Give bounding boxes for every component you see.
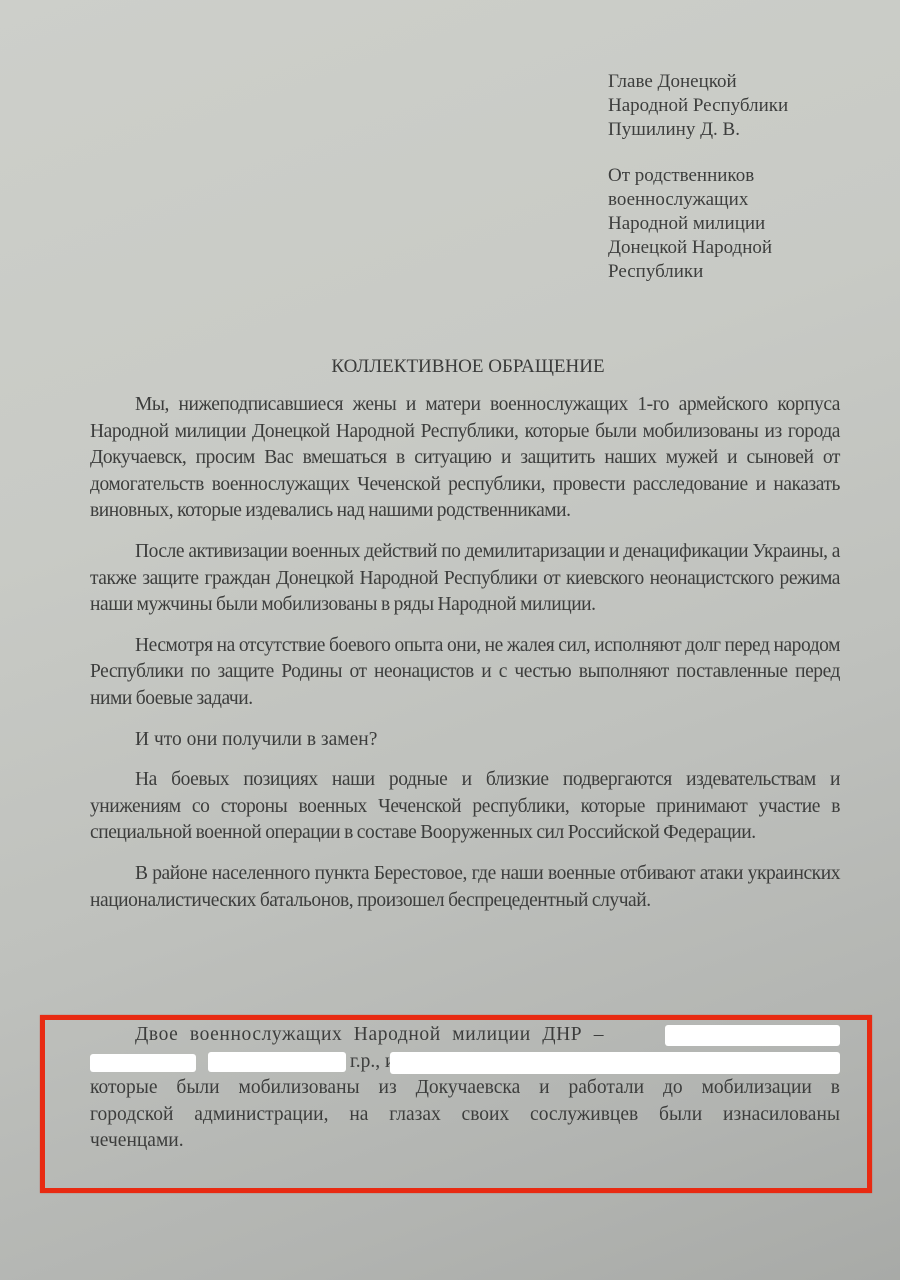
spacer	[608, 142, 788, 164]
highlighted-line: Двое военнослужащих Народной милиции ДНР…	[90, 1022, 840, 1049]
redaction-mark	[208, 1052, 346, 1072]
highlighted-paragraph: Двое военнослужащих Народной милиции ДНР…	[90, 1022, 840, 1155]
sender-line: военнослужащих	[608, 188, 788, 212]
redaction-mark	[90, 1054, 196, 1072]
redaction-mark	[665, 1025, 840, 1046]
highlighted-line: которые были мобилизованы из Докучаевска…	[90, 1075, 840, 1102]
paragraph: После активизации военных действий по де…	[90, 539, 840, 619]
addressee-line: Главе Донецкой	[608, 70, 788, 94]
paragraph: На боевых позициях наши родные и близкие…	[90, 767, 840, 847]
highlighted-text: г.р., и	[350, 1049, 395, 1076]
paragraph: В районе населенного пункта Берестовое, …	[90, 861, 840, 914]
paragraph: Несмотря на отсутствие боевого опыта они…	[90, 633, 840, 713]
document-body: Мы, нижеподписавшиеся жены и матери воен…	[90, 392, 840, 928]
addressee-line: Пушилину Д. В.	[608, 118, 788, 142]
sender-line: Донецкой Народной	[608, 236, 788, 260]
sender-line: От родственников	[608, 164, 788, 188]
addressee-line: Народной Республики	[608, 94, 788, 118]
document-title: КОЛЛЕКТИВНОЕ ОБРАЩЕНИЕ	[0, 356, 900, 378]
document-page: Главе Донецкой Народной Республики Пушил…	[0, 0, 900, 1280]
paragraph: Мы, нижеподписавшиеся жены и матери воен…	[90, 392, 840, 525]
sender-line: Республики	[608, 260, 788, 284]
highlighted-text: Двое военнослужащих Народной милиции ДНР…	[135, 1022, 604, 1049]
addressee-block: Главе Донецкой Народной Республики Пушил…	[608, 70, 788, 284]
highlighted-line: чеченцами.	[90, 1128, 840, 1155]
redaction-mark	[390, 1052, 840, 1074]
paragraph: И что они получили в замен?	[90, 727, 840, 754]
sender-line: Народной милиции	[608, 212, 788, 236]
highlighted-line: городской администрации, на глазах своих…	[90, 1102, 840, 1129]
highlighted-line: г.р., и	[90, 1049, 840, 1076]
